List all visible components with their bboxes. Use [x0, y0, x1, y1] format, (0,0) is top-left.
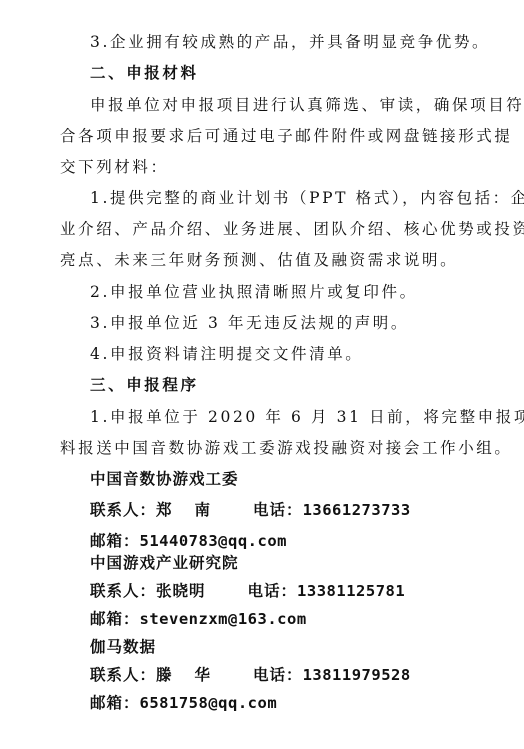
- materials-intro-line-3: 交下列材料：: [60, 157, 480, 177]
- phone-label: 电话：: [253, 665, 303, 684]
- email-label: 邮箱：: [90, 531, 140, 550]
- document-page: 3.企业拥有较成熟的产品，并具备明显竞争优势。 二、申报材料 申报单位对申报项目…: [0, 0, 524, 749]
- contact-name: 张晓明: [156, 581, 206, 600]
- material-item-1-line-3: 亮点、未来三年财务预测、估值及融资需求说明。: [60, 250, 480, 270]
- contact-org: 伽马数据: [90, 637, 510, 657]
- email-address: stevenzxm@163.com: [140, 610, 307, 628]
- contact-org: 中国游戏产业研究院: [90, 553, 510, 573]
- contact-name: 郑: [156, 500, 173, 519]
- material-item-4: 4.申报资料请注明提交文件清单。: [90, 344, 510, 364]
- materials-intro-line-2: 合各项申报要求后可通过电子邮件附件或网盘链接形式提: [60, 126, 480, 146]
- material-item-1-line-2: 业介绍、产品介绍、业务进展、团队介绍、核心优势或投资: [60, 219, 480, 239]
- email-label: 邮箱：: [90, 609, 140, 628]
- email-label: 邮箱：: [90, 693, 140, 712]
- email-row: 邮箱：51440783@qq.com: [90, 531, 510, 551]
- section-heading-materials: 二、申报材料: [90, 63, 510, 83]
- procedure-item-1-line-1: 1.申报单位于 2020 年 6 月 31 日前，将完整申报项目材: [90, 407, 510, 427]
- email-row: 邮箱：stevenzxm@163.com: [90, 609, 510, 629]
- materials-intro-line-1: 申报单位对申报项目进行认真筛选、审读，确保项目符: [90, 95, 510, 115]
- contact-name-2: 华: [195, 665, 212, 684]
- section-heading-procedure: 三、申报程序: [90, 375, 510, 395]
- contact-label: 联系人：: [90, 500, 156, 519]
- phone-number: 13381125781: [297, 582, 405, 600]
- contact-person-row: 联系人：张晓明电话：13381125781: [90, 581, 510, 601]
- contact-person-row: 联系人：郑南电话：13661273733: [90, 500, 510, 520]
- contact-org: 中国音数协游戏工委: [90, 469, 510, 489]
- material-item-2: 2.申报单位营业执照清晰照片或复印件。: [90, 282, 510, 302]
- material-item-1-line-1: 1.提供完整的商业计划书（PPT 格式），内容包括：企: [90, 188, 510, 208]
- contact-name-2: 南: [195, 500, 212, 519]
- procedure-item-1-line-2: 料报送中国音数协游戏工委游戏投融资对接会工作小组。: [60, 438, 480, 458]
- contact-label: 联系人：: [90, 665, 156, 684]
- email-address: 6581758@qq.com: [140, 694, 278, 712]
- phone-number: 13811979528: [303, 666, 411, 684]
- contact-label: 联系人：: [90, 581, 156, 600]
- phone-label: 电话：: [248, 581, 298, 600]
- material-item-3: 3.申报单位近 3 年无违反法规的声明。: [90, 313, 510, 333]
- phone-number: 13661273733: [303, 501, 411, 519]
- contact-name: 滕: [156, 665, 173, 684]
- contact-person-row: 联系人：滕华电话：13811979528: [90, 665, 510, 685]
- email-row: 邮箱：6581758@qq.com: [90, 693, 510, 713]
- phone-label: 电话：: [253, 500, 303, 519]
- email-address: 51440783@qq.com: [140, 532, 287, 550]
- criteria-item-3: 3.企业拥有较成熟的产品，并具备明显竞争优势。: [90, 32, 510, 52]
